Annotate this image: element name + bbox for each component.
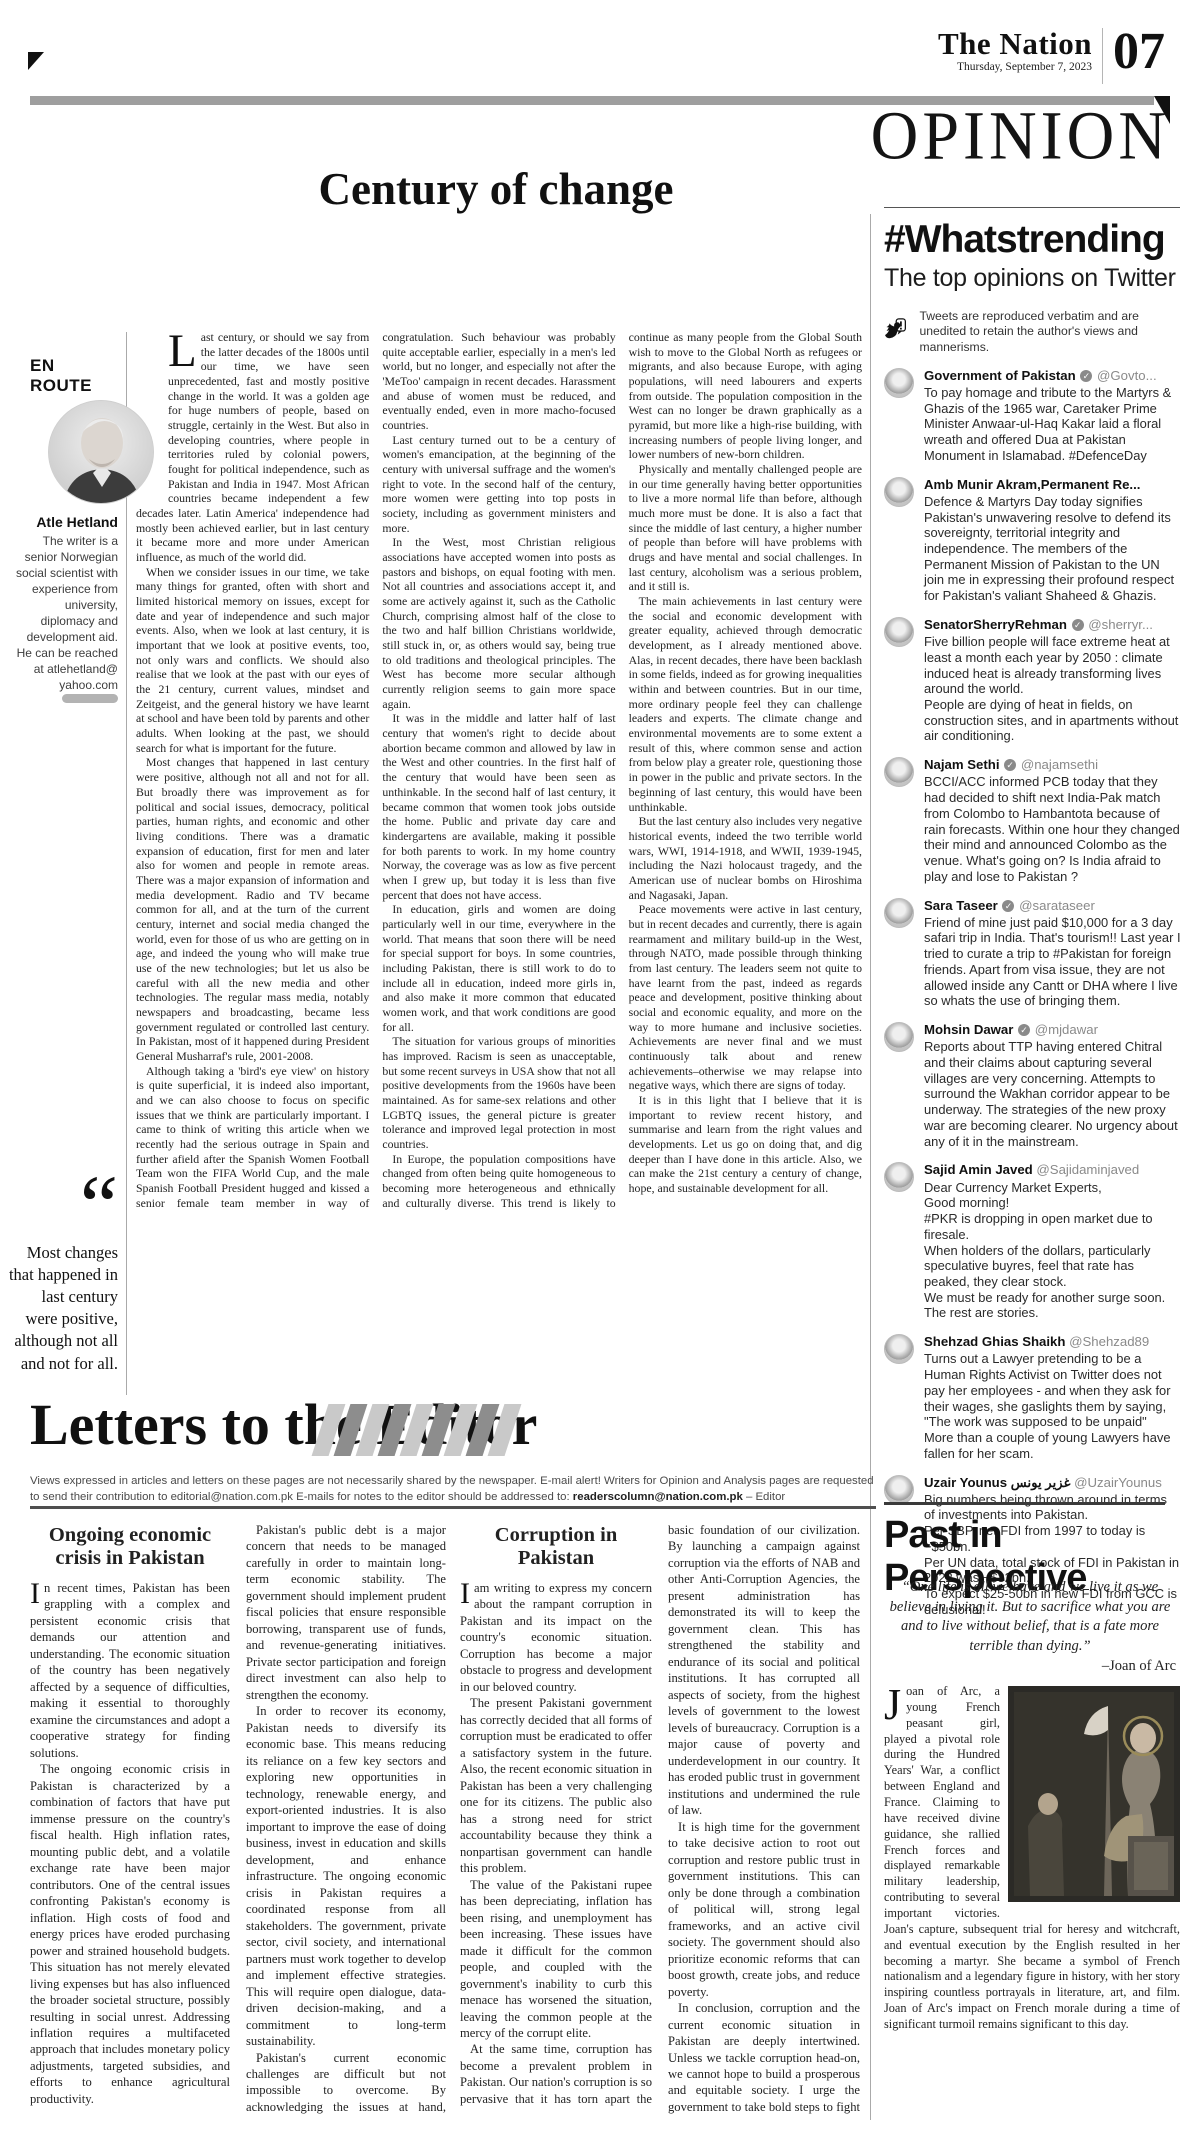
- tweet-text: BCCI/ACC informed PCB today that they ha…: [924, 774, 1181, 884]
- verified-badge-icon: ✓: [1018, 1024, 1030, 1036]
- tweet-content: Amb Munir Akram,Permanent Re...Defence &…: [924, 477, 1181, 604]
- article-paragraph: Peace movements were active in last cent…: [629, 902, 862, 1093]
- letters-stripes: [320, 1404, 513, 1456]
- tweet-list: Government of Pakistan ✓ @Govto...To pay…: [884, 368, 1181, 1618]
- tweet: SenatorSherryRehman ✓ @sherryr...Five bi…: [884, 617, 1181, 744]
- section-title: OPINION: [871, 102, 1170, 171]
- tweet-handle: @UzairYounus: [1070, 1475, 1161, 1490]
- tweet-handle: @najamsethi: [1017, 757, 1098, 772]
- rail-pill: [62, 694, 118, 703]
- tweet-header: Amb Munir Akram,Permanent Re...: [924, 477, 1181, 492]
- letter-paragraph: Pakistan's public debt is a major concer…: [246, 1522, 446, 1703]
- pip-body: Joan of Arc, a young French peasant girl…: [884, 1684, 1180, 2127]
- avatar: [884, 617, 914, 647]
- tweet-handle: @Sajidaminjaved: [1033, 1162, 1140, 1177]
- letters-rule: [30, 1506, 876, 1509]
- letters-intro-suffix: – Editor: [743, 1491, 785, 1503]
- tweet-text: Turns out a Lawyer pretending to be a Hu…: [924, 1351, 1181, 1461]
- article-paragraph: When we consider issues in our time, we …: [136, 565, 369, 756]
- letter-item: Ongoing economic crisis in PakistanIn re…: [30, 1522, 446, 2122]
- avatar: [884, 757, 914, 787]
- article-paragraph: Physically and mentally challenged peopl…: [629, 462, 862, 594]
- letter-paragraph: I am writing to express my concern about…: [460, 1580, 652, 1695]
- tweet-author-name: Government of Pakistan: [924, 368, 1076, 383]
- tweet: Najam Sethi ✓ @najamsethiBCCI/ACC inform…: [884, 757, 1181, 884]
- pip-quote: “One life is all we have and we live it …: [880, 1578, 1180, 1657]
- avatar: [884, 368, 914, 398]
- avatar: [884, 1162, 914, 1192]
- avatar: [884, 477, 914, 507]
- letters-intro: Views expressed in articles and letters …: [30, 1474, 876, 1505]
- tweet-handle: @Shehzad89: [1065, 1334, 1149, 1349]
- page-number: 07: [1113, 28, 1165, 76]
- twitter-bird-icon: [884, 307, 910, 351]
- masthead-text: The Nation Thursday, September 7, 2023: [938, 28, 1092, 73]
- article-paragraph: Most changes that happened in last centu…: [136, 755, 369, 1063]
- tweet-handle: @mjdawar: [1031, 1022, 1098, 1037]
- tweet-header: Mohsin Dawar ✓ @mjdawar: [924, 1022, 1181, 1037]
- tweet: Mohsin Dawar ✓ @mjdawarReports about TTP…: [884, 1022, 1181, 1149]
- tweet-handle: @sarataseer: [1015, 898, 1094, 913]
- article-paragraph: It is in this light that I believe that …: [629, 1093, 862, 1196]
- tweet-content: Government of Pakistan ✓ @Govto...To pay…: [924, 368, 1181, 464]
- tweet-text: Dear Currency Market Experts, Good morni…: [924, 1180, 1181, 1322]
- article-body: Last century, or should we say from the …: [136, 330, 862, 1397]
- verified-badge-icon: ✓: [1002, 900, 1014, 912]
- article-paragraph: The situation for various groups of mino…: [382, 1034, 615, 1151]
- letter-paragraph: The ongoing economic crisis in Pakistan …: [30, 1761, 230, 2107]
- avatar: [884, 1022, 914, 1052]
- avatar: [884, 1334, 914, 1364]
- whatstrending-subtitle: The top opinions on Twitter: [884, 264, 1181, 293]
- tweet-content: Sara Taseer ✓ @sarataseerFriend of mine …: [924, 898, 1181, 1010]
- tweet: Sara Taseer ✓ @sarataseerFriend of mine …: [884, 898, 1181, 1010]
- article-paragraph: But the last century also includes very …: [629, 814, 862, 902]
- tweet-handle: @Govto...: [1093, 368, 1156, 383]
- letter-paragraph: In recent times, Pakistan has been grapp…: [30, 1580, 230, 1761]
- tweet-text: Friend of mine just paid $10,000 for a 3…: [924, 915, 1181, 1009]
- tweet: Government of Pakistan ✓ @Govto...To pay…: [884, 368, 1181, 464]
- tweet-text: Five billion people will face extreme he…: [924, 634, 1181, 744]
- newspaper-page: The Nation Thursday, September 7, 2023 0…: [0, 0, 1200, 2133]
- tweet-text: To pay homage and tribute to the Martyrs…: [924, 385, 1181, 464]
- avatar: [884, 898, 914, 928]
- letters-intro-email: readerscolumn@nation.com.pk: [573, 1491, 743, 1503]
- letter-item: Corruption in PakistanI am writing to ex…: [460, 1522, 860, 2122]
- tweet-author-name: Mohsin Dawar: [924, 1022, 1013, 1037]
- tweet: Sajid Amin Javed @SajidaminjavedDear Cur…: [884, 1162, 1181, 1321]
- quote-mark-icon: “: [20, 1162, 118, 1248]
- whatstrending-title: #Whatstrending: [884, 218, 1181, 262]
- tweet-author-name: Uzair Younus غزیر یونس: [924, 1475, 1070, 1490]
- letter-paragraph: The present Pakistani government has cor…: [460, 1695, 652, 1876]
- verified-badge-icon: ✓: [1004, 759, 1016, 771]
- article-paragraph: It was in the middle and latter half of …: [382, 711, 615, 902]
- tweet-content: Mohsin Dawar ✓ @mjdawarReports about TTP…: [924, 1022, 1181, 1149]
- rail-top-rule: [884, 207, 1180, 208]
- avatar: [884, 1475, 914, 1505]
- photo-wrap-spacer: [136, 400, 162, 504]
- author-bio: The writer is a senior Norwegian social …: [8, 534, 118, 694]
- letter-paragraph: In order to recover its economy, Pakista…: [246, 1703, 446, 2049]
- tweet-text: Defence & Martyrs Day today signifies Pa…: [924, 494, 1181, 604]
- tweet-header: Government of Pakistan ✓ @Govto...: [924, 368, 1181, 383]
- author-name: Atle Hetland: [12, 514, 118, 530]
- pull-quote: Most changes that happened in last centu…: [6, 1242, 118, 1375]
- tweet-author-name: SenatorSherryRehman: [924, 617, 1067, 632]
- masthead-divider: [1102, 28, 1103, 84]
- main-right-rule: [870, 214, 871, 2120]
- tweet: Shehzad Ghias Shaikh @Shehzad89Turns out…: [884, 1334, 1181, 1461]
- article-paragraph: Last century, or should we say from the …: [136, 330, 369, 565]
- tweet-header: Uzair Younus غزیر یونس @UzairYounus: [924, 1475, 1181, 1490]
- article-paragraph: The main achievements in last century we…: [629, 594, 862, 814]
- verified-badge-icon: ✓: [1080, 370, 1092, 382]
- masthead: The Nation Thursday, September 7, 2023 0…: [938, 28, 1165, 84]
- tweet-header: Shehzad Ghias Shaikh @Shehzad89: [924, 1334, 1181, 1349]
- tweet-text: Reports about TTP having entered Chitral…: [924, 1039, 1181, 1149]
- article-paragraph: In education, girls and women are doing …: [382, 902, 615, 1034]
- tweet-header: Sara Taseer ✓ @sarataseer: [924, 898, 1181, 913]
- tweet-author-name: Sara Taseer: [924, 898, 998, 913]
- letter-paragraph: It is high time for the government to ta…: [668, 1819, 860, 2000]
- column-label: EN ROUTE: [30, 356, 118, 396]
- whatstrending-disclaimer: Tweets are reproduced verbatim and are u…: [884, 307, 1181, 355]
- article-paragraph: In the West, most Christian religious as…: [382, 535, 615, 711]
- article-title: Century of change: [130, 163, 862, 215]
- tweet-content: SenatorSherryRehman ✓ @sherryr...Five bi…: [924, 617, 1181, 744]
- tweet-header: SenatorSherryRehman ✓ @sherryr...: [924, 617, 1181, 632]
- corner-wedge-icon: [28, 52, 44, 70]
- whatstrending-disclaimer-text: Tweets are reproduced verbatim and are u…: [919, 307, 1181, 355]
- letter-paragraph: The value of the Pakistani rupee has bee…: [460, 1877, 652, 2042]
- letter-heading: Ongoing economic crisis in Pakistan: [30, 1524, 230, 1570]
- tweet-author-name: Najam Sethi: [924, 757, 1000, 772]
- joan-of-arc-image: [1008, 1686, 1180, 1902]
- tweet-author-name: Sajid Amin Javed: [924, 1162, 1033, 1177]
- tweet-handle: @sherryr...: [1085, 617, 1153, 632]
- pip-attribution: –Joan of Arc: [880, 1658, 1176, 1675]
- tweet-content: Najam Sethi ✓ @najamsethiBCCI/ACC inform…: [924, 757, 1181, 884]
- tweet-content: Sajid Amin Javed @SajidaminjavedDear Cur…: [924, 1162, 1181, 1321]
- tweet-content: Shehzad Ghias Shaikh @Shehzad89Turns out…: [924, 1334, 1181, 1461]
- tweet-header: Sajid Amin Javed @Sajidaminjaved: [924, 1162, 1181, 1177]
- tweet-author-name: Shehzad Ghias Shaikh: [924, 1334, 1065, 1349]
- tweet-author-name: Amb Munir Akram,Permanent Re...: [924, 477, 1140, 492]
- article-paragraph: Last century turned out to be a century …: [382, 433, 615, 536]
- newspaper-name: The Nation: [938, 28, 1092, 59]
- pip-rule: [884, 1502, 1165, 1505]
- letter-heading: Corruption in Pakistan: [460, 1524, 652, 1570]
- whatstrending-section: #Whatstrending The top opinions on Twitt…: [884, 218, 1181, 1618]
- issue-date: Thursday, September 7, 2023: [938, 61, 1092, 73]
- tweet-header: Najam Sethi ✓ @najamsethi: [924, 757, 1181, 772]
- tweet: Amb Munir Akram,Permanent Re...Defence &…: [884, 477, 1181, 604]
- verified-badge-icon: ✓: [1072, 619, 1084, 631]
